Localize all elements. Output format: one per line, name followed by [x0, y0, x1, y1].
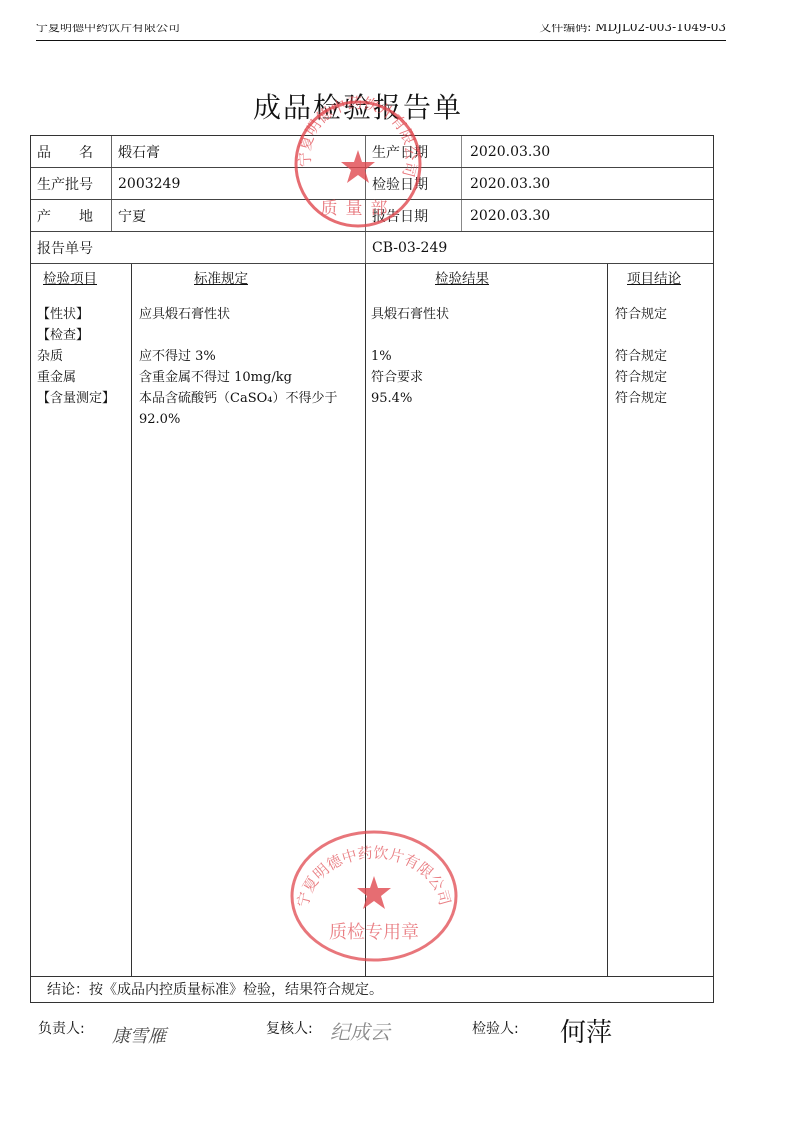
inspect-date-label: 检验日期: [365, 168, 461, 199]
col-header-item: 检验项目: [43, 267, 97, 287]
detail-result: 具煅石膏性状: [371, 304, 449, 325]
detail-conclusion: 符合规定: [615, 346, 667, 367]
col-header-result: 检验结果: [435, 267, 489, 287]
column-divider: [607, 264, 608, 976]
company-name: 宁夏明德中药饮片有限公司: [36, 24, 180, 35]
info-row-product: 品 名 煅石膏 生产日期 2020.03.30: [31, 136, 713, 168]
report-title: 成品检验报告单: [0, 86, 716, 126]
report-date-label: 报告日期: [365, 200, 461, 231]
responsible-label: 负责人:: [38, 1018, 85, 1038]
detail-item: 【含量测定】: [37, 388, 115, 409]
column-divider: [131, 264, 132, 976]
detail-standard: 92.0%: [139, 409, 180, 430]
inspector-label: 检验人:: [472, 1018, 519, 1038]
detail-result: 95.4%: [371, 388, 412, 409]
info-row-batch: 生产批号 2003249 检验日期 2020.03.30: [31, 168, 713, 200]
prod-date-label: 生产日期: [365, 136, 461, 167]
detail-conclusion: 符合规定: [615, 367, 667, 388]
detail-standard: 含重金属不得过 10mg/kg: [139, 367, 292, 388]
detail-item: 重金属: [37, 367, 76, 388]
product-name-value: 煅石膏: [111, 136, 365, 167]
reviewer-signature: 纪成云: [330, 1016, 390, 1045]
col-header-conclusion: 项目结论: [627, 267, 681, 287]
column-divider: [365, 264, 366, 976]
inspect-date-value: 2020.03.30: [461, 168, 715, 199]
document-code: 文件编码: MDJL02-003-1049-03: [539, 24, 726, 35]
info-row-origin: 产 地 宁夏 报告日期 2020.03.30: [31, 200, 713, 232]
inspector-signature: 何萍: [560, 1012, 612, 1049]
origin-label: 产 地: [31, 200, 111, 231]
detail-standard: 应不得过 3%: [139, 346, 216, 367]
detail-item: 【性状】: [37, 304, 89, 325]
report-no-value: CB-03-249: [365, 232, 715, 263]
prod-date-value: 2020.03.30: [461, 136, 715, 167]
product-name-label: 品 名: [31, 136, 111, 167]
page-header: 宁夏明德中药饮片有限公司 文件编码: MDJL02-003-1049-03: [36, 24, 726, 41]
detail-result: 1%: [371, 346, 392, 367]
detail-item: 【检查】: [37, 325, 89, 346]
detail-conclusion: 符合规定: [615, 388, 667, 409]
responsible-signature: 康雪雁: [112, 1022, 166, 1048]
report-no-label: 报告单号: [31, 232, 365, 263]
reviewer-label: 复核人:: [266, 1018, 313, 1038]
conclusion-text: 结论：按《成品内控质量标准》检验，结果符合规定。: [31, 976, 713, 1002]
detail-standard: 本品含硫酸钙（CaSO₄）不得少于: [139, 388, 337, 409]
batch-label: 生产批号: [31, 168, 111, 199]
origin-value: 宁夏: [111, 200, 365, 231]
report-date-value: 2020.03.30: [461, 200, 715, 231]
col-header-standard: 标准规定: [194, 267, 248, 287]
detail-conclusion: 符合规定: [615, 304, 667, 325]
info-row-report-no: 报告单号 CB-03-249: [31, 232, 713, 264]
detail-standard: 应具煅石膏性状: [139, 304, 230, 325]
report-table: 品 名 煅石膏 生产日期 2020.03.30 生产批号 2003249 检验日…: [30, 135, 714, 1003]
detail-result: 符合要求: [371, 367, 423, 388]
detail-item: 杂质: [37, 346, 63, 367]
batch-value: 2003249: [111, 168, 365, 199]
